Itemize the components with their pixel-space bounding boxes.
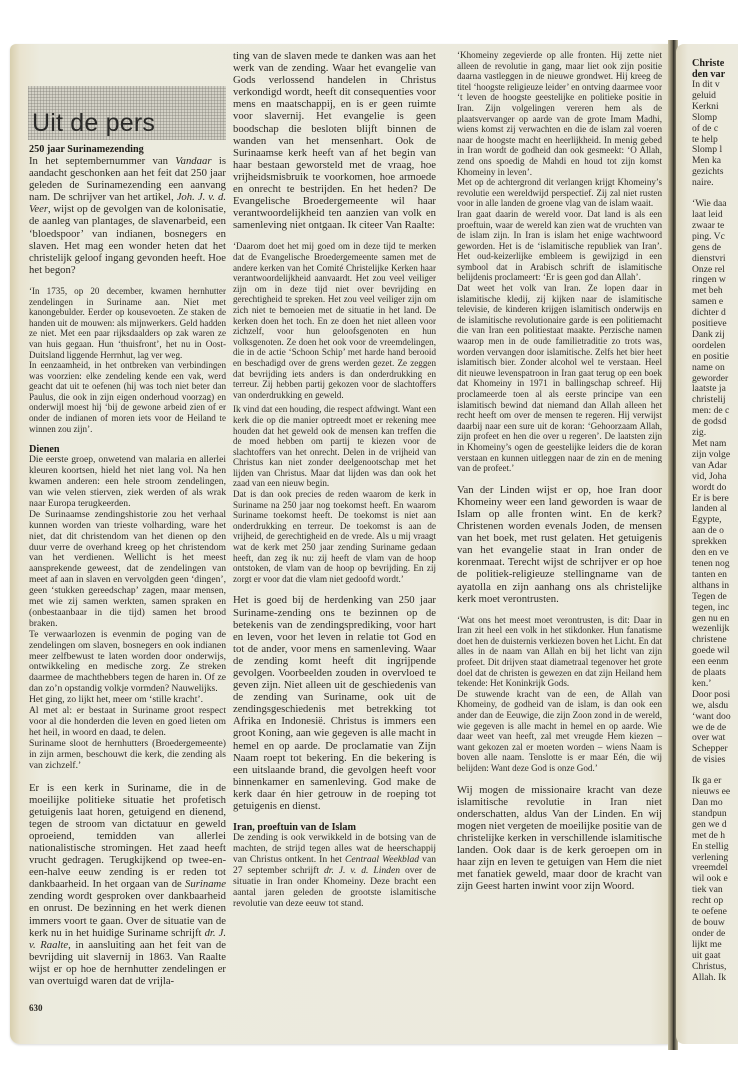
quote-paragraph: Dat is dan ook precies de reden waarom d… [233, 489, 436, 584]
quote-paragraph: De stuwende kracht van de een, de Allah … [457, 689, 662, 774]
right-page-text-line: gens de [692, 243, 738, 254]
right-page-text-line: Tegen de [692, 592, 738, 603]
right-page-column: Christe den var In dit vgeluidKerkniSlom… [692, 58, 738, 983]
page-number: 630 [29, 1003, 43, 1013]
intro-paragraph: In het septembernummer van Vandaar is aa… [29, 155, 226, 276]
quote-paragraph: ‘In 1735, op 20 december, kwamen hernhut… [29, 286, 226, 360]
right-page-heading-line: Christe [692, 58, 738, 69]
lead-paragraph: ting van de slaven mede te danken was aa… [233, 50, 436, 231]
right-page-text-line: tegen, inc [692, 603, 738, 614]
right-page-text-line: of de c [692, 124, 738, 135]
right-page-text-line: Christus, [692, 962, 738, 973]
quote-paragraph: ‘Wat ons het meest moet verontrusten, is… [457, 615, 662, 689]
quote-paragraph: Dat weet het volk van Iran. Ze lopen daa… [457, 283, 662, 474]
lead-paragraph: Het is goed bij de herdenking van 250 ja… [233, 594, 436, 812]
right-page-text-line: Allah. Ik [692, 973, 738, 984]
lead-paragraph: Wij mogen de missionaire kracht van deze… [457, 784, 662, 893]
right-page-text-line: ‘want doo [692, 712, 738, 723]
right-page-text-line: met de h [692, 831, 738, 842]
right-page-text-line: wordt do [692, 483, 738, 494]
body-paragraph: De Surinaamse zendingshistorie zou het v… [29, 510, 226, 630]
lead-paragraph: Van der Linden wijst er op, hoe Iran doo… [457, 484, 662, 605]
section-banner: Uit de pers [28, 86, 226, 140]
right-page-text-line: dienstvri [692, 254, 738, 265]
quote-paragraph: ‘Daarom doet het mij goed om in deze tij… [233, 241, 436, 400]
right-page-text-line: de visies [692, 755, 738, 766]
right-page-text-line: naire. [692, 178, 738, 189]
right-page-text-line: name on [692, 363, 738, 374]
lead-paragraph: Er is een kerk in Suriname, die in de mo… [29, 782, 226, 988]
quote-paragraph: In eenzaamheid, in het ontbreken van ver… [29, 360, 226, 434]
right-page-text-line: vid, Joha [692, 472, 738, 483]
column-1: 250 jaar Surinamezending In het septembe… [29, 144, 226, 987]
article-heading: 250 jaar Surinamezending [29, 144, 226, 155]
quote-paragraph: Iran gaat daarin de wereld voor. Dat lan… [457, 209, 662, 283]
body-paragraph: De zending is ook verwikkeld in de botsi… [233, 833, 436, 909]
quote-paragraph: Ik vind dat een houding, die respect afd… [233, 404, 436, 489]
quote-paragraph: ‘Khomeiny zegevierde op alle fronten. Hi… [457, 50, 662, 177]
body-paragraph: Suriname sloot de hernhutters (Broederge… [29, 739, 226, 772]
right-page-text-line: En stellig [692, 842, 738, 853]
column-3: ‘Khomeiny zegevierde op alle fronten. Hi… [457, 50, 662, 892]
body-paragraph: Al met al: er bestaat in Suriname groot … [29, 706, 226, 739]
column-2: ting van de slaven mede te danken was aa… [233, 50, 436, 909]
section-title: Uit de pers [32, 109, 155, 138]
body-paragraph: Die eerste groep, onwetend van malaria e… [29, 455, 226, 510]
right-page-text-line: uit gaat [692, 951, 738, 962]
quote-paragraph: Met op de achtergrond dit verlangen krij… [457, 177, 662, 209]
body-paragraph: Te verwaarlozen is evenmin de poging van… [29, 630, 226, 695]
right-page-text-line: Slomp [692, 113, 738, 124]
